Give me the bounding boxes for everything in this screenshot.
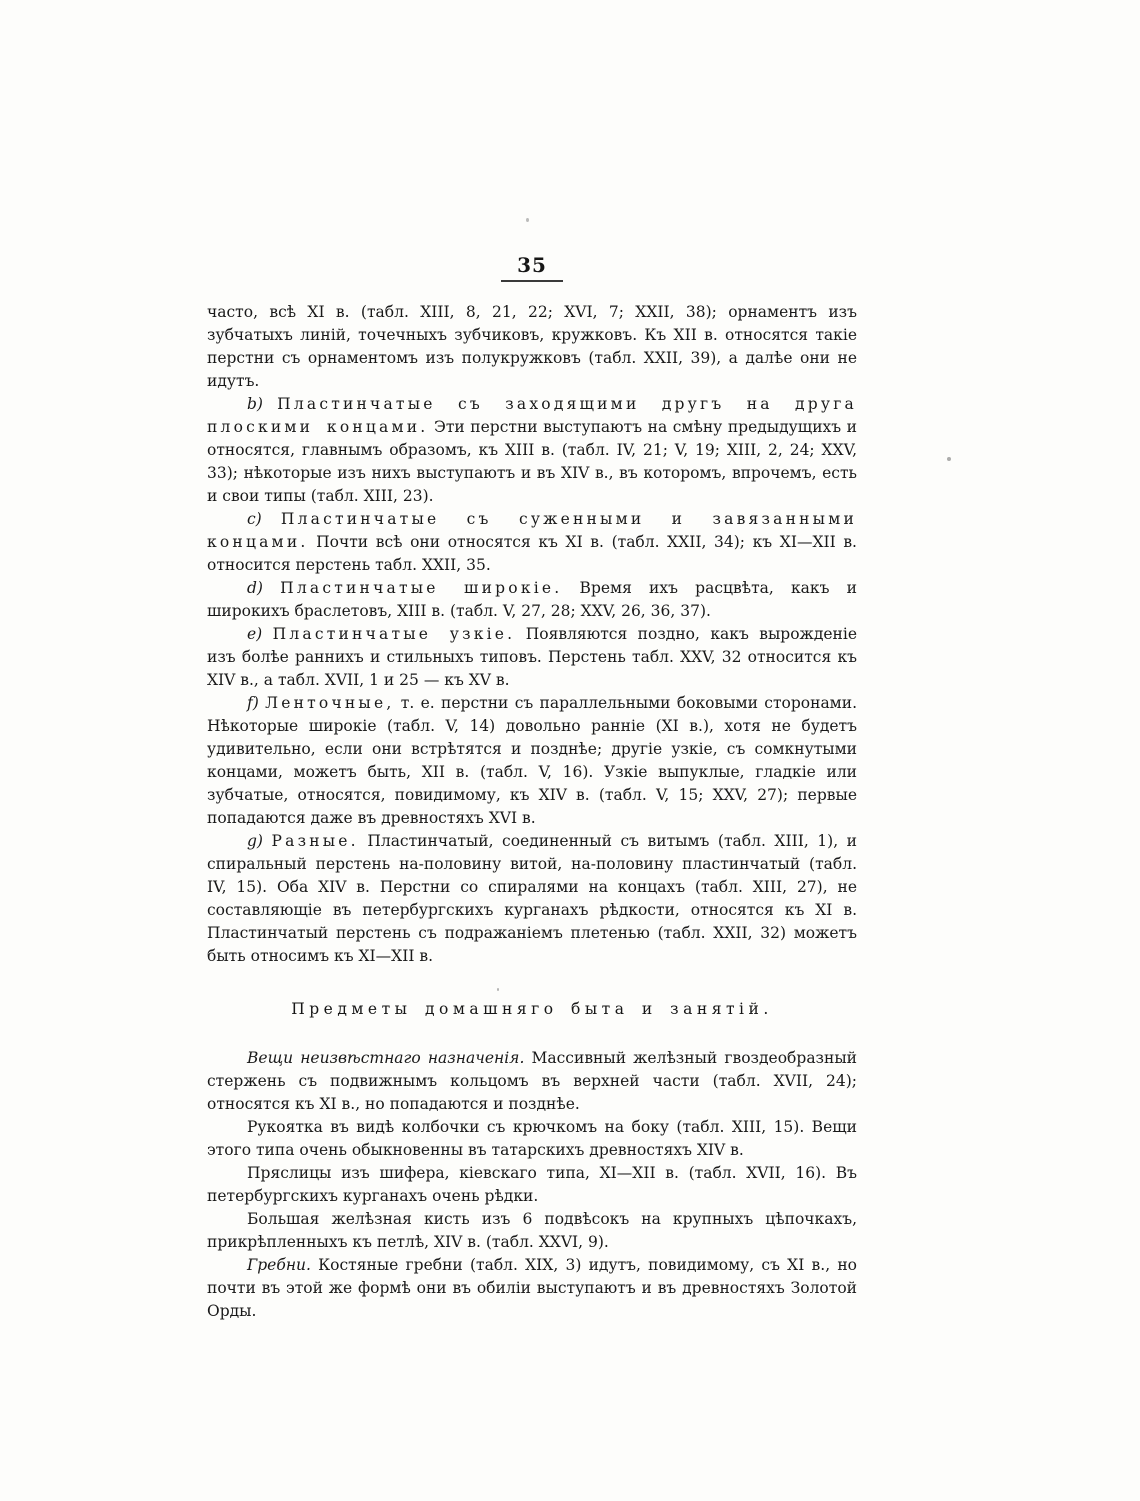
page-number-rule xyxy=(501,280,563,282)
text-segment: Пластинчатый, соединенный съ витымъ (таб… xyxy=(207,832,857,965)
paragraph: Большая желѣзная кисть изъ 6 подвѣсокъ н… xyxy=(207,1208,857,1254)
scan-speck xyxy=(947,457,951,461)
text-segment: Большая желѣзная кисть изъ 6 подвѣсокъ н… xyxy=(207,1210,857,1251)
scan-speck xyxy=(526,218,529,222)
page-header: 35 xyxy=(207,253,857,282)
text-block: часто, всѣ XI в. (табл. XIII, 8, 21, 22;… xyxy=(207,301,857,1323)
text-segment: т. е. перстни съ параллельными боковыми … xyxy=(207,694,857,827)
paragraph: часто, всѣ XI в. (табл. XIII, 8, 21, 22;… xyxy=(207,301,857,393)
text-segment: Пластинчатые узкіе. xyxy=(273,625,516,643)
text-segment: c) xyxy=(247,510,281,528)
paragraph: b) Пластинчатые съ заходящими другъ на д… xyxy=(207,393,857,508)
text-segment: f) xyxy=(247,694,265,712)
paragraph: Вещи неизвѣстнаго назначенія. Массивный … xyxy=(207,1047,857,1116)
text-segment: Пластинчатые широкіе. xyxy=(280,579,562,597)
page-number: 35 xyxy=(207,253,857,277)
text-segment: d) xyxy=(247,579,280,597)
text-segment: часто, всѣ XI в. (табл. XIII, 8, 21, 22;… xyxy=(207,303,857,390)
paragraph: f) Ленточные, т. е. перстни съ параллель… xyxy=(207,692,857,830)
paragraph: e) Пластинчатые узкіе. Появляются поздно… xyxy=(207,623,857,692)
text-segment: Пряслицы изъ шифера, кіевскаго типа, XI—… xyxy=(207,1164,857,1205)
section-heading: Предметы домашняго быта и занятій. xyxy=(207,998,857,1021)
text-segment: Гребни. xyxy=(247,1256,311,1274)
text-segment: e) xyxy=(247,625,273,643)
text-segment: b) xyxy=(247,395,277,413)
text-segment: Разные. xyxy=(272,832,359,850)
paragraph: d) Пластинчатые широкіе. Время ихъ расцв… xyxy=(207,577,857,623)
text-segment: g) xyxy=(247,832,272,850)
scanned-book-page: 35 часто, всѣ XI в. (табл. XIII, 8, 21, … xyxy=(0,0,1140,1501)
paragraph: Рукоятка въ видѣ колбочки съ крючкомъ на… xyxy=(207,1116,857,1162)
text-segment: Ленточные, xyxy=(265,694,394,712)
paragraph: Гребни. Костяные гребни (табл. XIX, 3) и… xyxy=(207,1254,857,1323)
text-segment: Вещи неизвѣстнаго назначенія. xyxy=(247,1049,524,1067)
text-segment: Рукоятка въ видѣ колбочки съ крючкомъ на… xyxy=(207,1118,857,1159)
paragraph: c) Пластинчатые съ суженными и завязанны… xyxy=(207,508,857,577)
paragraph: Пряслицы изъ шифера, кіевскаго типа, XI—… xyxy=(207,1162,857,1208)
paragraph: g) Разные. Пластинчатый, соединенный съ … xyxy=(207,830,857,968)
